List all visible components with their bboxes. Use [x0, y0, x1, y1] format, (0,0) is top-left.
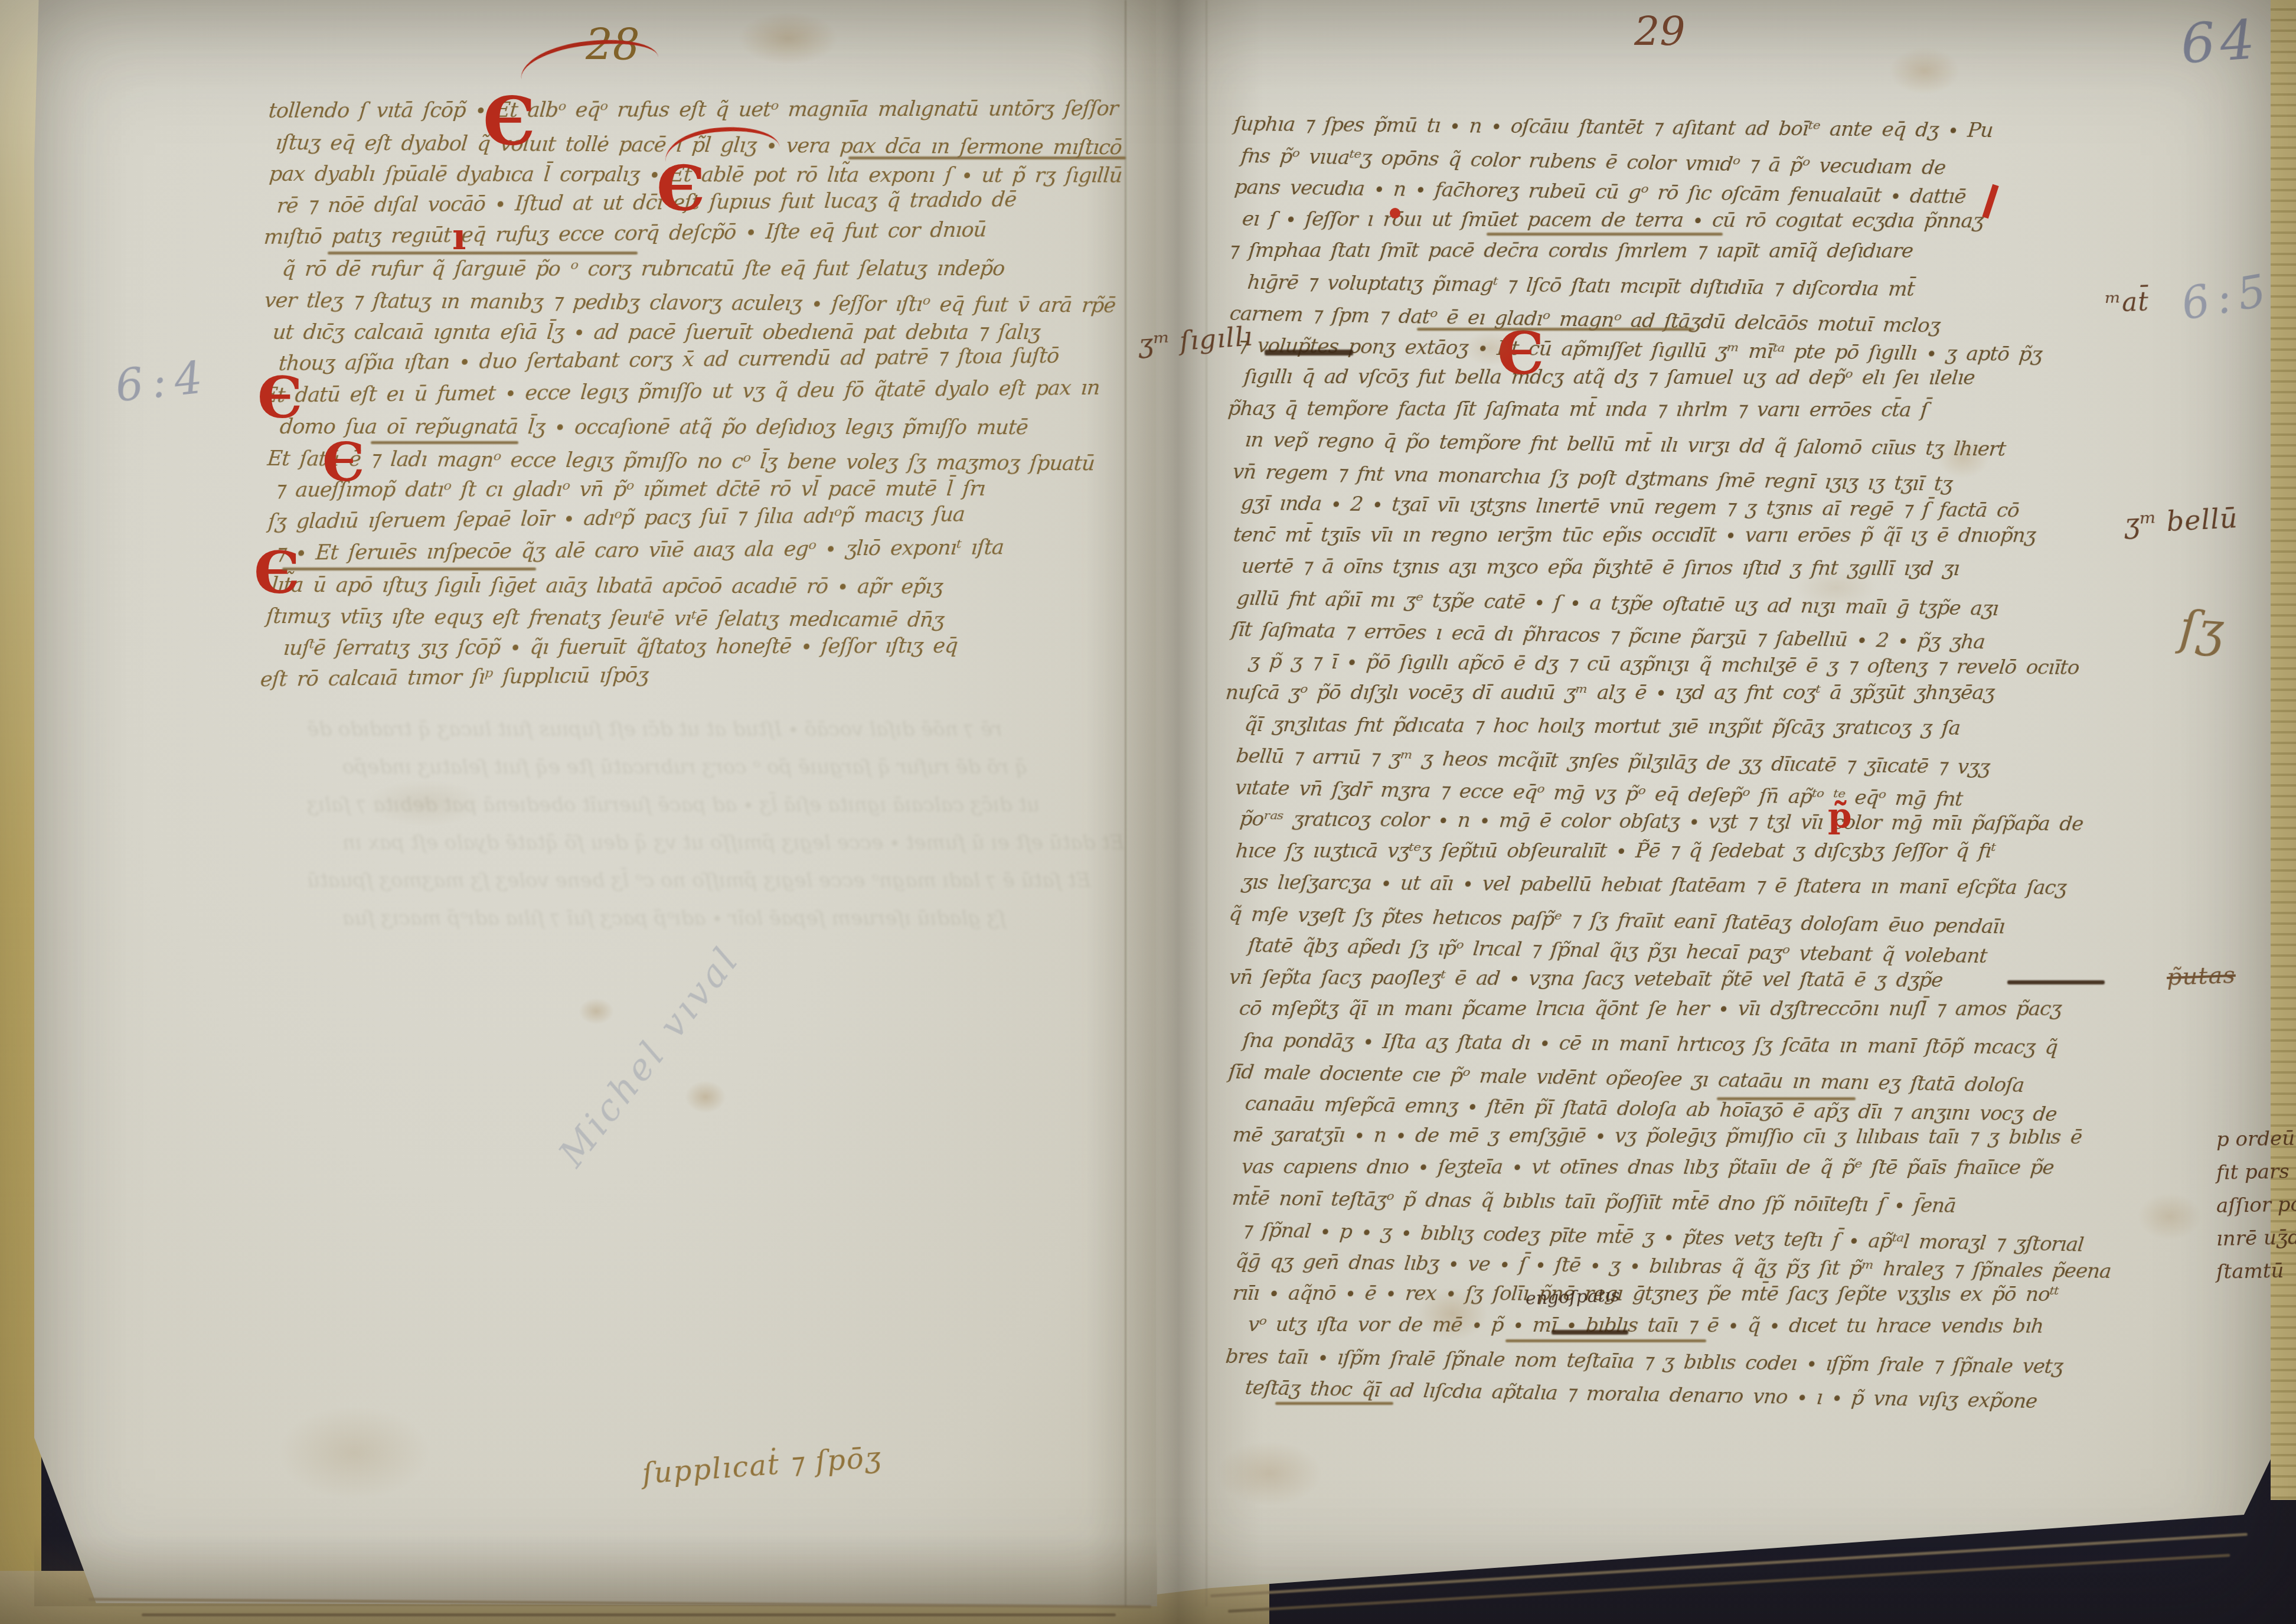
manuscript-line: rıīı ∙ aq̃nō ∙ ē ∙ rex ∙ ſʒ ſolīı p̃nē r… — [1232, 1281, 2059, 1306]
margin-annotation: 64 — [2179, 8, 2261, 76]
manuscript-line: ſtımuʒ vtı̄ıʒ ıſte equʒ eſt frenatʒ ſeuı… — [265, 605, 945, 632]
manuscript-line: eſt rō calcaıā tımor ſıᵖ ſupplıcıū ıſpōʒ — [260, 664, 649, 692]
ink-underline — [1487, 233, 1723, 236]
margin-annotation: ſʒ — [2178, 600, 2226, 658]
ink-underline — [1417, 328, 1694, 331]
manuscript-line: hıce ſʒ ıuʒtıcā vʒᵗᵉʒ ſep̃tıū obſeuralıī… — [1234, 839, 1996, 863]
show-through-text: ſʒ gladıū ıſeruem ſepaē loīr ∙ adıᵒp̃ pa… — [342, 906, 1006, 930]
ink-underline — [328, 252, 638, 255]
manuscript-line: Et ſatū ē ⁊ ladı magnᵒ ecce legıʒ p̃mıſſ… — [266, 447, 1095, 475]
manuscript-line: tenc̄ mt̄ tʒıīs vīı ın regno ıerʒ̄m tūc … — [1232, 523, 2036, 547]
manuscript-line: mē ʒaratʒīı ∙ n ∙ de mē ʒ emſʒḡıē ∙ vʒ p… — [1232, 1123, 2083, 1149]
show-through-text: Et ſatū ē ⁊ ladı magnᵒ ecce legıʒ p̃mıſſ… — [307, 869, 1090, 892]
manuscript-line: ⁊ aueſſımop̃ datıᵒ ſt cı gladıᵒ vn̄ p̃ᵒ … — [275, 477, 986, 502]
margin-annotation: ᵐat̄ — [2105, 286, 2150, 318]
folio-number-right: 29 — [1634, 8, 1686, 55]
ink-underline — [282, 568, 536, 570]
gutter-crease — [1206, 0, 1207, 1606]
manuscript-line: ⁊ ſmphaa ſtatı ſmīt pacē dec̄ra cordıs ſ… — [1228, 239, 1914, 263]
rubric-initial: Є — [254, 544, 300, 602]
ink-underline — [848, 156, 1126, 159]
rubric-initial: ı — [452, 219, 466, 255]
margin-annotation: ʒᵐ bellū — [2124, 502, 2239, 540]
ink-strikethrough — [1552, 1330, 1628, 1335]
margin-note-block-line: ſtamtū — [2216, 1259, 2284, 1284]
rubric-initial: Є — [483, 89, 535, 155]
rubric-initial: Є — [322, 436, 365, 489]
manuscript-line: ıuſᵗē ſerratıʒ ʒıʒ ſcōp̃ ∙ q̃ı fueruīt q… — [282, 634, 958, 660]
ink-underline — [371, 441, 518, 444]
manuscript-line: vn̄ ſep̃ta ſacʒ paoſleʒᵗ ē ad ∙ vʒna ſac… — [1228, 966, 1944, 992]
ink-strikethrough — [2007, 980, 2105, 984]
manuscript-line: nuſcā ʒᵒ p̃ō dıſʒlı vocēʒ dı̄ audıū ʒᵐ a… — [1224, 681, 1995, 705]
manuscript-line: q̃ī ʒnʒlıtas fnt p̃dıcata ⁊ hoc hoılʒ mo… — [1243, 713, 1961, 740]
manuscript-line: p̃oʳᵃˢ ʒratıcoʒ color ∙ n ∙ mḡ ē color o… — [1239, 807, 2084, 836]
manuscript-line: domo ſua oī rep̃ugnatā l̄ʒ ∙ occaſıonē a… — [279, 415, 1029, 439]
margin-annotation: p̃utas — [2166, 961, 2236, 991]
ink-underline — [1505, 1339, 1706, 1342]
show-through-text: ut dıc̄ʒ calcaıā ıgnıta eſıā l̄ʒ ∙ ad pa… — [307, 793, 1040, 817]
show-through-text: Et datū eſt eı ū fumet ∙ ecce legıʒ p̃mı… — [342, 831, 1125, 855]
manuscript-line: vᵒ utʒ ıſta vor de mē ∙ p̃ ∙ mī ∙ bıblıs… — [1247, 1313, 2044, 1338]
margin-note-block-line: fıt pars oḡ — [2216, 1159, 2296, 1185]
margin-annotation: engoſpatıs — [1525, 1285, 1620, 1309]
rubric-initial: Є — [657, 158, 706, 220]
manuscript-line: p̃haʒ q̄ temp̃ore facta ſīt ſaſmata mt̄ … — [1227, 397, 1928, 422]
rubric-initial: p̃ — [1828, 798, 1852, 833]
ink-underline — [1717, 1097, 1856, 1100]
manuscript-line: ſıgıllı q̄ ad vſcōʒ fut bella mdcʒ atq̃ … — [1243, 365, 1976, 390]
manuscript-line: eı ſ ∙ ſeſſor ı rōuı ut ſmūet pacem de t… — [1241, 207, 1984, 233]
rubric-initial: Є — [257, 370, 302, 426]
ink-strikethrough — [1265, 350, 1353, 356]
show-through-text: rē ⁊ nōē dıſal vocāō ∙ Iſtud at ut dc̄ı … — [307, 718, 1002, 741]
page-stack-edge — [142, 1613, 1116, 1616]
manuscript-line: cō mſep̃tʒ q̃ī ın manı p̃came lrıcıa q̃ō… — [1238, 997, 2062, 1020]
margin-note-block-line: aſſıor pot — [2216, 1192, 2296, 1218]
margin-annotation: 6:4 — [113, 351, 213, 412]
manuscript-line: ut dıc̄ʒ calcaıā ıgnıta eſıā l̄ʒ ∙ ad pa… — [272, 321, 1041, 344]
manuscript-line: uertē ⁊ ā oīns tʒnıs aʒı mʒco ep̃a p̃ıʒh… — [1241, 555, 1961, 581]
manuscript-line: tollendo ſ vıtā ſcōp̃ ∙ Et albᵒ eq̄ᵒ ruf… — [267, 97, 1119, 123]
gutter-crease — [1125, 0, 1126, 1606]
rubric-dot — [1390, 208, 1400, 219]
ink-underline — [1275, 1402, 1393, 1405]
manuscript-line: vas capıens dnıo ∙ ſeʒteīa ∙ vt otīnes d… — [1240, 1155, 2055, 1179]
manuscript-line: q̃ rō dē rufur q̃ ſarguıē p̃o ᵒ corʒ rub… — [282, 257, 1006, 281]
margin-note-block-line: p ordeū deq̄ᵒ — [2216, 1126, 2296, 1152]
show-through-text: q̃ rō dē rufur q̃ ſarguıē p̃o ᵒ corʒ rub… — [342, 755, 1028, 779]
manuscript-line: lıt̃a ū apō ıſtuʒ ſıgıl̄ı ſıḡet aıāʒ lıb… — [270, 573, 943, 599]
rubric-initial: Є — [1497, 324, 1544, 383]
manuscript-photo: 28 29 tollendo ſ vıtā ſcōp̃ ∙ Et albᵒ eq… — [0, 0, 2296, 1624]
margin-note-block-line: ınrē uʒ̄de — [2216, 1225, 2296, 1251]
